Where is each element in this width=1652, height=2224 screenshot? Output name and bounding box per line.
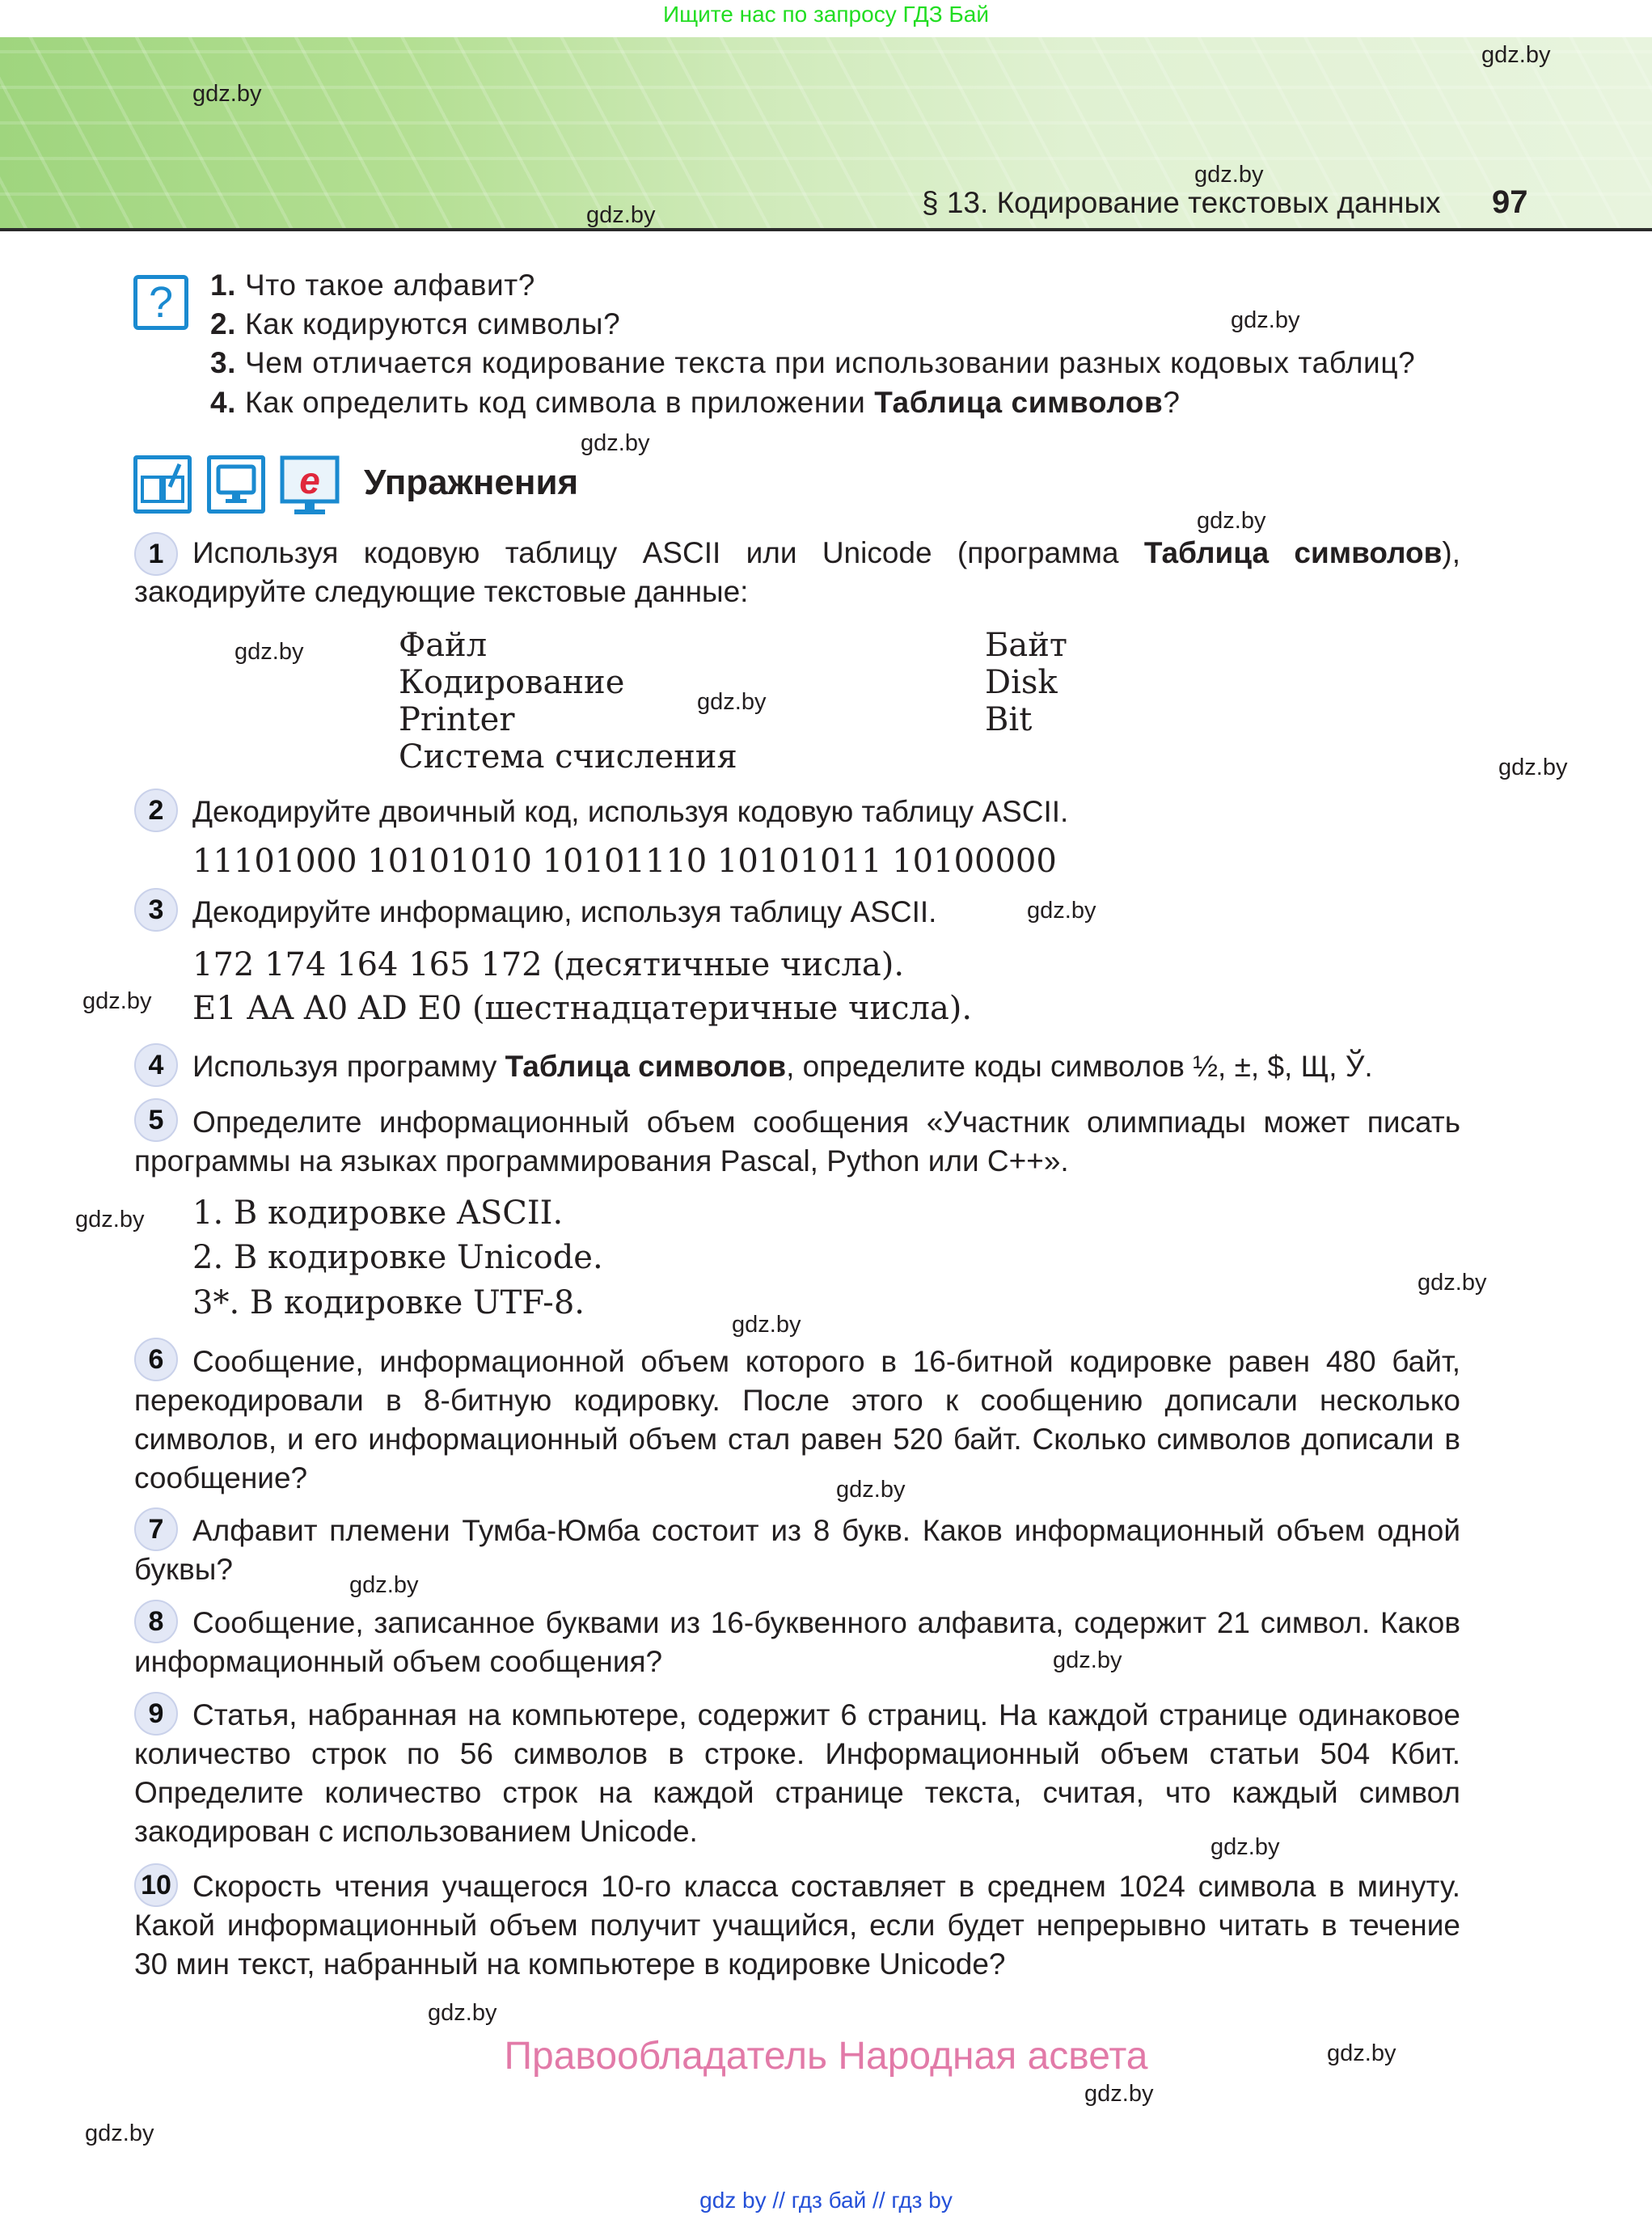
exercises-heading: Упражнения	[364, 463, 578, 503]
e-resource-monitor-icon: e	[280, 455, 340, 517]
exercise-2-binary-code: 11101000 10101010 10101110 10101011 1010…	[192, 843, 1057, 880]
watermark: gdz.by	[1194, 162, 1263, 188]
exercise-1-text: Используя кодовую таблицу ASCII или Unic…	[134, 534, 1460, 611]
watermark: gdz.by	[1481, 42, 1550, 69]
watermark: gdz.by	[581, 430, 649, 457]
svg-text:e: e	[299, 459, 320, 501]
section-title: § 13. Кодирование текстовых данных	[922, 186, 1441, 220]
exercise-1-data-item: Файл	[399, 627, 487, 664]
exercise-5-text: Определите информационный объем сообщени…	[134, 1103, 1460, 1181]
rights-holder-notice: Правообладатель Народная асвета	[0, 2034, 1652, 2078]
exercise-2-text: Декодируйте двоичный код, используя кодо…	[134, 793, 1460, 831]
exercise-1-data-item: Bit	[985, 701, 1032, 738]
exercise-1-data-item: Кодирование	[399, 664, 624, 701]
exercise-1-data-item: Disk	[985, 664, 1058, 701]
exercise-3-hex-codes: E1 AA A0 AD E0 (шестнадцатеричные числа)…	[192, 990, 972, 1027]
exercise-6-text: Сообщение, информационной объем которого…	[134, 1342, 1460, 1498]
question-mark-icon: ?	[133, 275, 188, 330]
question-item: 1. Что такое алфавит?	[210, 268, 535, 302]
question-item: 3. Чем отличается кодирование текста при…	[210, 346, 1415, 380]
exercise-9-text: Статья, набранная на компьютере, содержи…	[134, 1696, 1460, 1851]
exercise-8-text: Сообщение, записанное буквами из 16-букв…	[134, 1604, 1460, 1681]
watermark: gdz.by	[1084, 2081, 1153, 2108]
watermark: gdz.by	[586, 202, 655, 229]
watermark: gdz.by	[1498, 755, 1567, 781]
watermark: gdz.by	[697, 689, 766, 716]
search-hint-banner: Ищите нас по запросу ГДЗ Бай	[0, 2, 1652, 27]
exercise-5-subitem: 2. В кодировке Unicode.	[192, 1239, 603, 1276]
watermark: gdz.by	[1231, 307, 1299, 334]
exercise-3-decimal-codes: 172 174 164 165 172 (десятичные числа).	[192, 946, 904, 983]
watermark: gdz.by	[1197, 508, 1265, 535]
exercise-3-text: Декодируйте информацию, используя таблиц…	[134, 893, 1024, 932]
exercise-5-subitem: 1. В кодировке ASCII.	[192, 1194, 563, 1232]
book-pen-icon	[133, 455, 192, 514]
watermark: gdz.by	[82, 988, 151, 1015]
exercise-1-data-item: Printer	[399, 701, 514, 738]
question-item: 4. Как определить код символа в приложен…	[210, 386, 1181, 420]
watermark: gdz.by	[234, 639, 303, 666]
site-links[interactable]: gdz by // гдз бай // гдз by	[0, 2188, 1652, 2213]
watermark: gdz.by	[1027, 898, 1096, 924]
watermark: gdz.by	[85, 2120, 154, 2147]
exercise-1-data-item: Система счисления	[399, 738, 737, 776]
exercise-10-text: Скорость чтения учащегося 10-го класса с…	[134, 1867, 1460, 1984]
exercise-5-subitem: 3*. В кодировке UTF-8.	[192, 1284, 585, 1321]
watermark: gdz.by	[428, 2000, 496, 2027]
exercise-7-text: Алфавит племени Тумба-Юмба состоит из 8 …	[134, 1512, 1460, 1589]
exercise-4-text: Используя программу Таблица символов, оп…	[134, 1047, 1460, 1086]
watermark: gdz.by	[732, 1312, 801, 1338]
page-number: 97	[1492, 184, 1528, 221]
watermark: gdz.by	[192, 81, 261, 108]
exercise-1-data-item: Байт	[985, 627, 1067, 664]
monitor-icon	[207, 455, 265, 514]
header-divider	[0, 228, 1652, 231]
question-item: 2. Как кодируются символы?	[210, 307, 620, 341]
watermark: gdz.by	[75, 1207, 144, 1233]
watermark: gdz.by	[1418, 1270, 1486, 1296]
